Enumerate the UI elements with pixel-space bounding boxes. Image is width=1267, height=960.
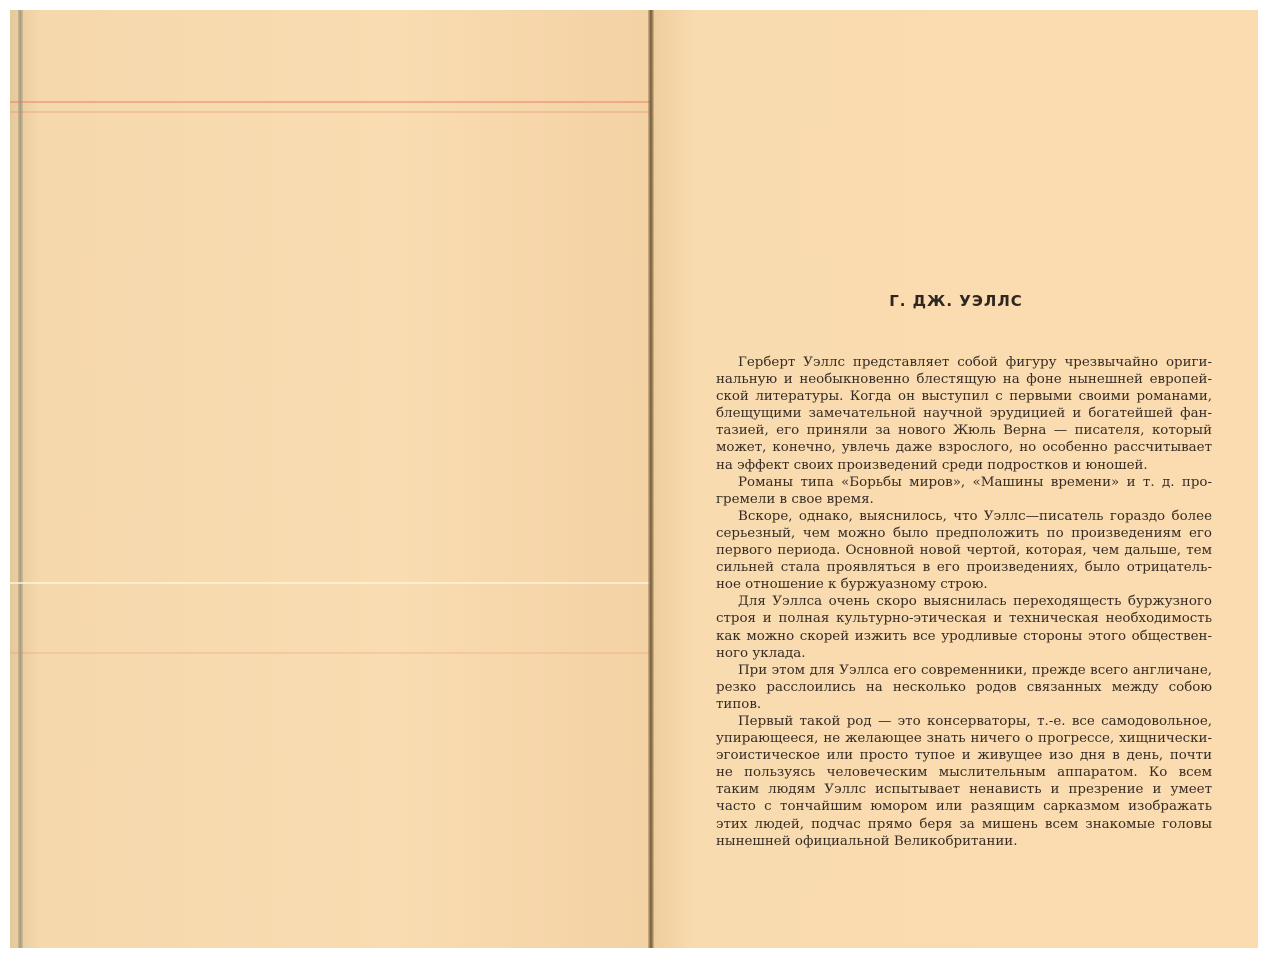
text-line: тазией, его приняли за нового Жюль Верна…: [716, 422, 1212, 439]
paper-streak: [10, 111, 650, 113]
text-line: на эффект своих произведений среди подро…: [716, 457, 1212, 474]
text-line: резко расслоились на несколько родов свя…: [716, 679, 1212, 696]
text-line: строя и полная культурно-этическая и тех…: [716, 610, 1212, 627]
text-line: нальную и необыкновенно блестящую на фон…: [716, 371, 1212, 388]
text-line: эгоистическое или просто тупое и живущее…: [716, 747, 1212, 764]
paper-streak: [10, 101, 650, 103]
paragraph: Герберт Уэллс представляет собой фигуру …: [716, 354, 1212, 474]
left-page-blank: [10, 10, 650, 948]
text-line: Первый такой род — это консерваторы, т.-…: [716, 713, 1212, 730]
text-line: этих людей, подчас прямо беря за мишень …: [716, 816, 1212, 833]
text-line: первого периода. Основной новой чертой, …: [716, 542, 1212, 559]
text-line: Романы типа «Борьбы миров», «Машины врем…: [716, 474, 1212, 491]
paper-streak: [10, 582, 650, 584]
text-line: нынешней официальной Великобритании.: [716, 833, 1212, 850]
book-spread: Г. ДЖ. УЭЛЛС Герберт Уэллс представляет …: [10, 10, 1258, 948]
text-line: Для Уэллса очень скоро выяснилась перехо…: [716, 593, 1212, 610]
text-line: таким людям Уэллс испытывает ненависть и…: [716, 781, 1212, 798]
text-line: не пользуясь человеческим мыслительным а…: [716, 764, 1212, 781]
paragraph: При этом для Уэллса его современники, пр…: [716, 662, 1212, 713]
right-page: Г. ДЖ. УЭЛЛС Герберт Уэллс представляет …: [654, 10, 1258, 948]
text-line: При этом для Уэллса его современники, пр…: [716, 662, 1212, 679]
paragraph: Вскоре, однако, выяснилось, что Уэллс—пи…: [716, 508, 1212, 593]
paper-streak: [10, 652, 650, 654]
text-line: типов.: [716, 696, 1212, 713]
text-line: Герберт Уэллс представляет собой фигуру …: [716, 354, 1212, 371]
text-line: гремели в свое время.: [716, 491, 1212, 508]
paragraph: Первый такой род — это консерваторы, т.-…: [716, 713, 1212, 850]
paragraph: Для Уэллса очень скоро выяснилась перехо…: [716, 593, 1212, 661]
text-line: серьезный, чем можно было предположить п…: [716, 525, 1212, 542]
text-line: ской литературы. Когда он выступил с пер…: [716, 388, 1212, 405]
text-line: ное отношение к буржуазному строю.: [716, 576, 1212, 593]
page-title: Г. ДЖ. УЭЛЛС: [654, 292, 1258, 310]
text-line: как можно скорей изжить все уродливые ст…: [716, 628, 1212, 645]
text-line: ного уклада.: [716, 645, 1212, 662]
body-text: Герберт Уэллс представляет собой фигуру …: [716, 354, 1212, 850]
text-line: часто с тончайшим юмором или разящим сар…: [716, 798, 1212, 815]
text-line: Вскоре, однако, выяснилось, что Уэллс—пи…: [716, 508, 1212, 525]
text-line: сильней стала проявляться в его произвед…: [716, 559, 1212, 576]
text-line: блещущими замечательной научной эрудицие…: [716, 405, 1212, 422]
paragraph: Романы типа «Борьбы миров», «Машины врем…: [716, 474, 1212, 508]
text-line: может, конечно, увлечь даже взрослого, н…: [716, 439, 1212, 456]
text-line: упирающееся, не желающее знать ничего о …: [716, 730, 1212, 747]
